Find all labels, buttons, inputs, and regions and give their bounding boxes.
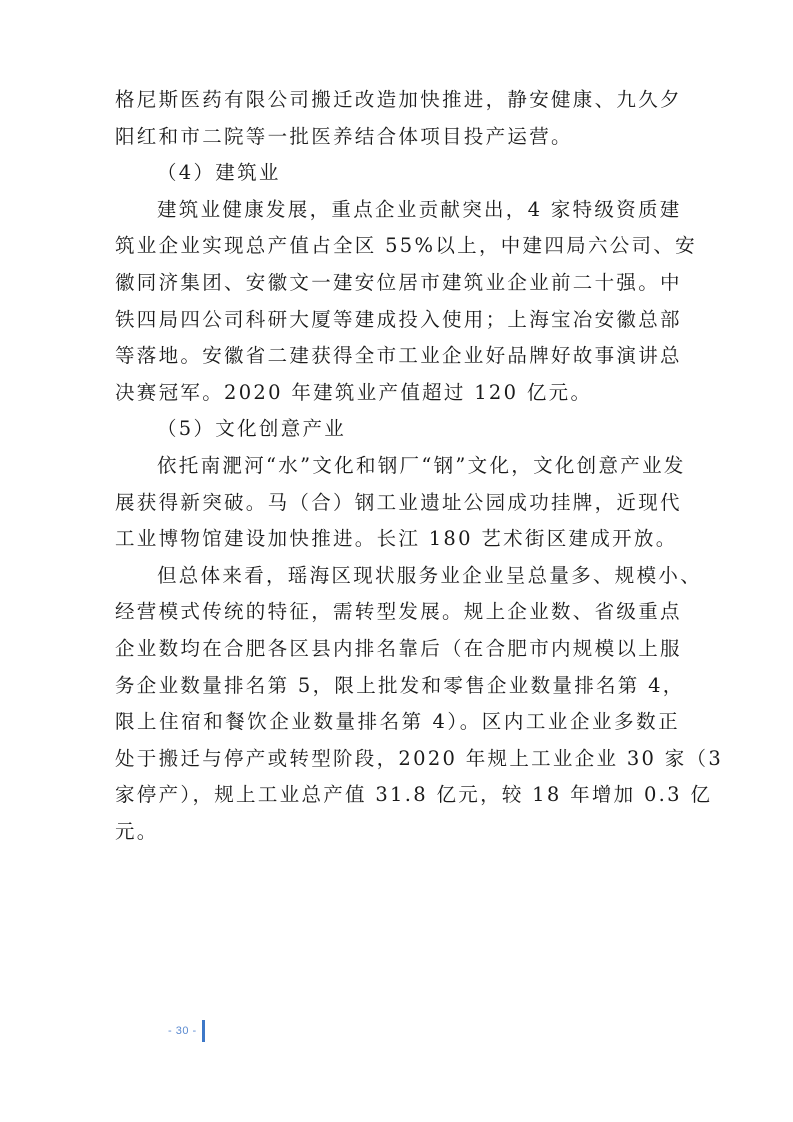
section-heading-cultural-creative: （5）文化创意产业 [115,411,680,448]
text-line: 阳红和市二院等一批医养结合体项目投产运营。 [115,119,680,156]
document-body: 格尼斯医药有限公司搬迁改造加快推进，静安健康、九久夕 阳红和市二院等一批医养结合… [115,82,680,850]
text-line: 建筑业健康发展，重点企业贡献突出，4 家特级资质建 [115,192,680,229]
text-line: 展获得新突破。马（合）钢工业遗址公园成功挂牌，近现代 [115,485,680,522]
page-footer: - 30 - [168,1020,205,1042]
text-line: 工业博物馆建设加快推进。长江 180 艺术街区建成开放。 [115,521,680,558]
text-line: 等落地。安徽省二建获得全市工业企业好品牌好故事演讲总 [115,338,680,375]
text-line: 但总体来看，瑶海区现状服务业企业呈总量多、规模小、 [115,558,680,595]
page-number: - 30 - [168,1025,197,1037]
text-line: 经营模式传统的特征，需转型发展。规上企业数、省级重点 [115,594,680,631]
text-line: 格尼斯医药有限公司搬迁改造加快推进，静安健康、九久夕 [115,82,680,119]
text-line: 限上住宿和餐饮企业数量排名第 4）。区内工业企业多数正 [115,704,680,741]
text-line: 企业数均在合肥各区县内排名靠后（在合肥市内规模以上服 [115,631,680,668]
text-line: 徽同济集团、安徽文一建安位居市建筑业企业前二十强。中 [115,265,680,302]
text-line: 决赛冠军。2020 年建筑业产值超过 120 亿元。 [115,375,680,412]
text-line: 筑业企业实现总产值占全区 55%以上，中建四局六公司、安 [115,228,680,265]
text-line: 依托南淝河“水”文化和钢厂“钢”文化，文化创意产业发 [115,448,680,485]
text-line: 处于搬迁与停产或转型阶段，2020 年规上工业企业 30 家（3 [115,741,680,778]
text-line: 铁四局四公司科研大厦等建成投入使用；上海宝冶安徽总部 [115,302,680,339]
text-line: 家停产），规上工业总产值 31.8 亿元，较 18 年增加 0.3 亿 [115,777,680,814]
text-line: 元。 [115,814,680,851]
text-line: 务企业数量排名第 5，限上批发和零售企业数量排名第 4， [115,668,680,705]
footer-accent-bar [202,1020,205,1042]
section-heading-construction: （4）建筑业 [115,155,680,192]
